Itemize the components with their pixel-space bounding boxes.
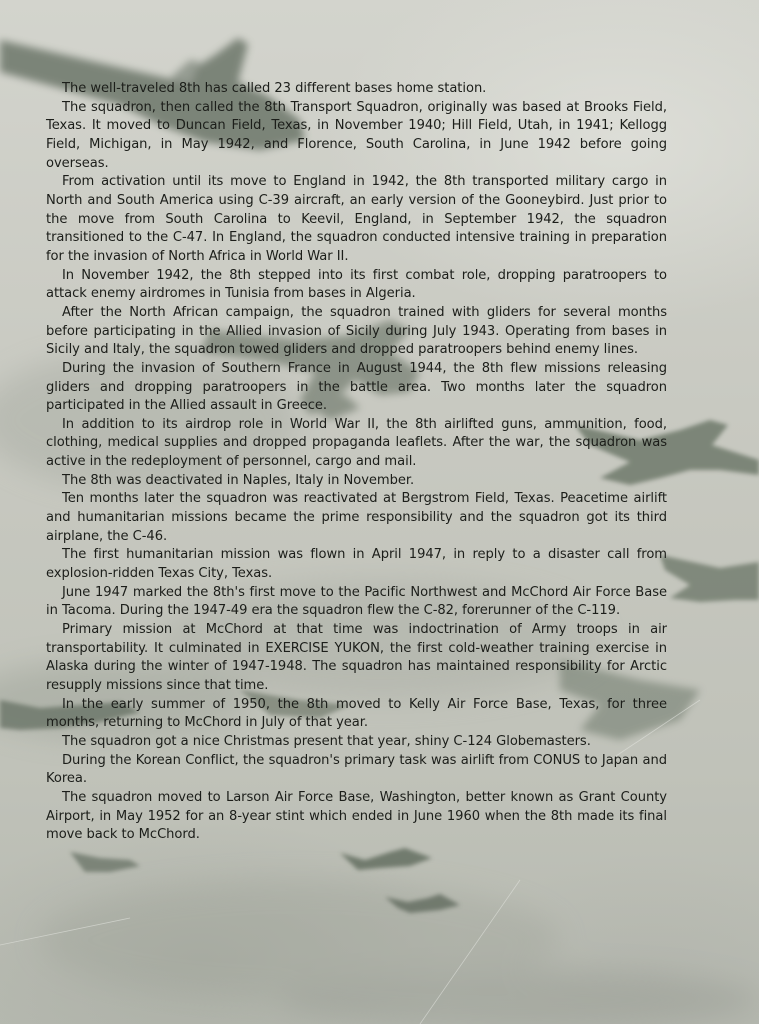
paragraph-korean-conflict: During the Korean Conflict, the squadron… (46, 752, 667, 789)
paragraph-southern-france: During the invasion of Southern France i… (46, 360, 667, 416)
paragraph-deactivation: The 8th was deactivated in Naples, Italy… (46, 472, 667, 491)
paragraph-sicily: After the North African campaign, the sq… (46, 304, 667, 360)
paragraph-bases: The well-traveled 8th has called 23 diff… (46, 80, 667, 99)
plane-silhouette-small-left (70, 852, 140, 872)
paragraph-airlift-roles: In addition to its airdrop role in World… (46, 416, 667, 472)
paragraph-first-combat: In November 1942, the 8th stepped into i… (46, 267, 667, 304)
paragraph-reactivation: Ten months later the squadron was reacti… (46, 490, 667, 546)
paragraph-kelly-afb: In the early summer of 1950, the 8th mov… (46, 696, 667, 733)
plane-silhouette-small-center (340, 848, 432, 870)
paragraph-activation: From activation until its move to Englan… (46, 173, 667, 266)
paragraph-origins: The squadron, then called the 8th Transp… (46, 99, 667, 174)
paragraph-larson-afb: The squadron moved to Larson Air Force B… (46, 789, 667, 845)
paragraph-exercise-yukon: Primary mission at McChord at that time … (46, 621, 667, 696)
paragraph-mcchord-move: June 1947 marked the 8th's first move to… (46, 584, 667, 621)
paragraph-humanitarian: The first humanitarian mission was flown… (46, 546, 667, 583)
plane-silhouette-right-lower (660, 555, 759, 602)
paragraph-globemasters: The squadron got a nice Christmas presen… (46, 733, 667, 752)
plane-silhouette-small-bottom (385, 894, 460, 913)
document-page: The well-traveled 8th has called 23 diff… (0, 0, 759, 1024)
history-text-body: The well-traveled 8th has called 23 diff… (46, 80, 667, 845)
